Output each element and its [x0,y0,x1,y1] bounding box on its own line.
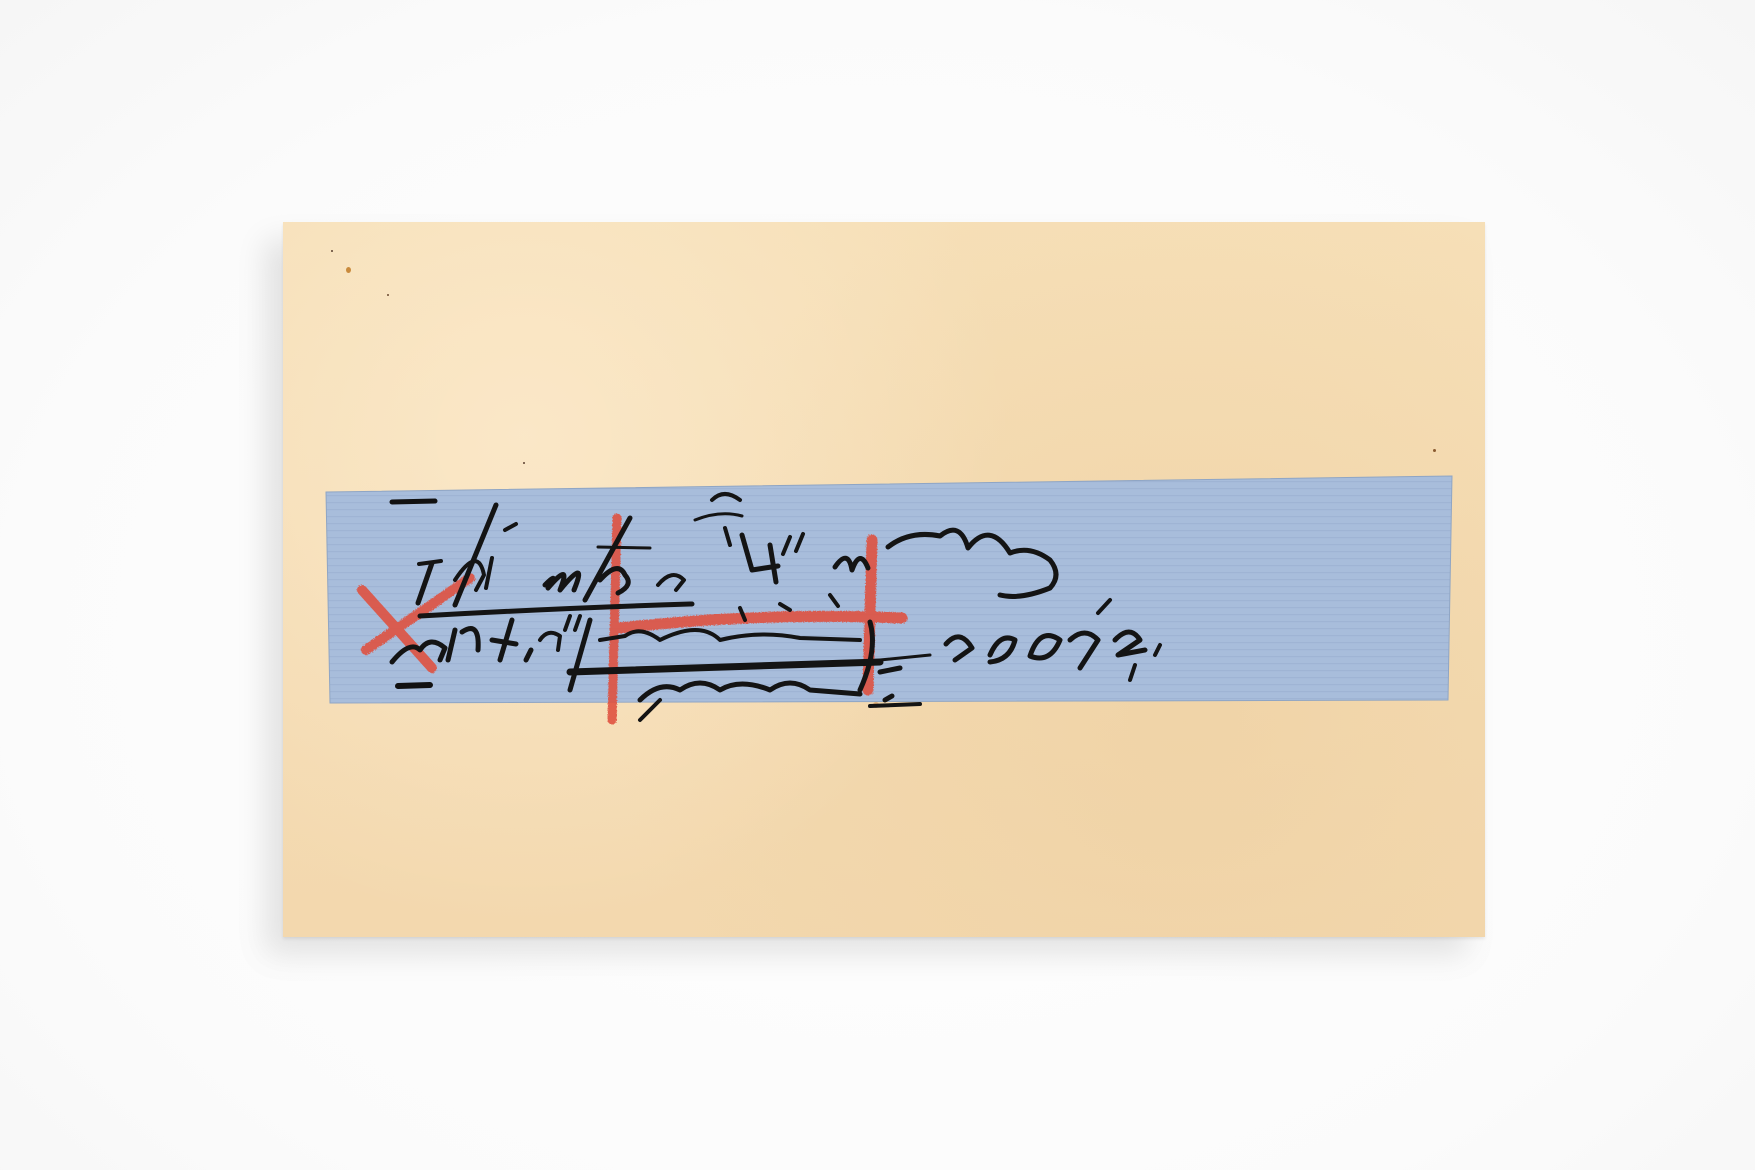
note-artwork [0,0,1755,1170]
